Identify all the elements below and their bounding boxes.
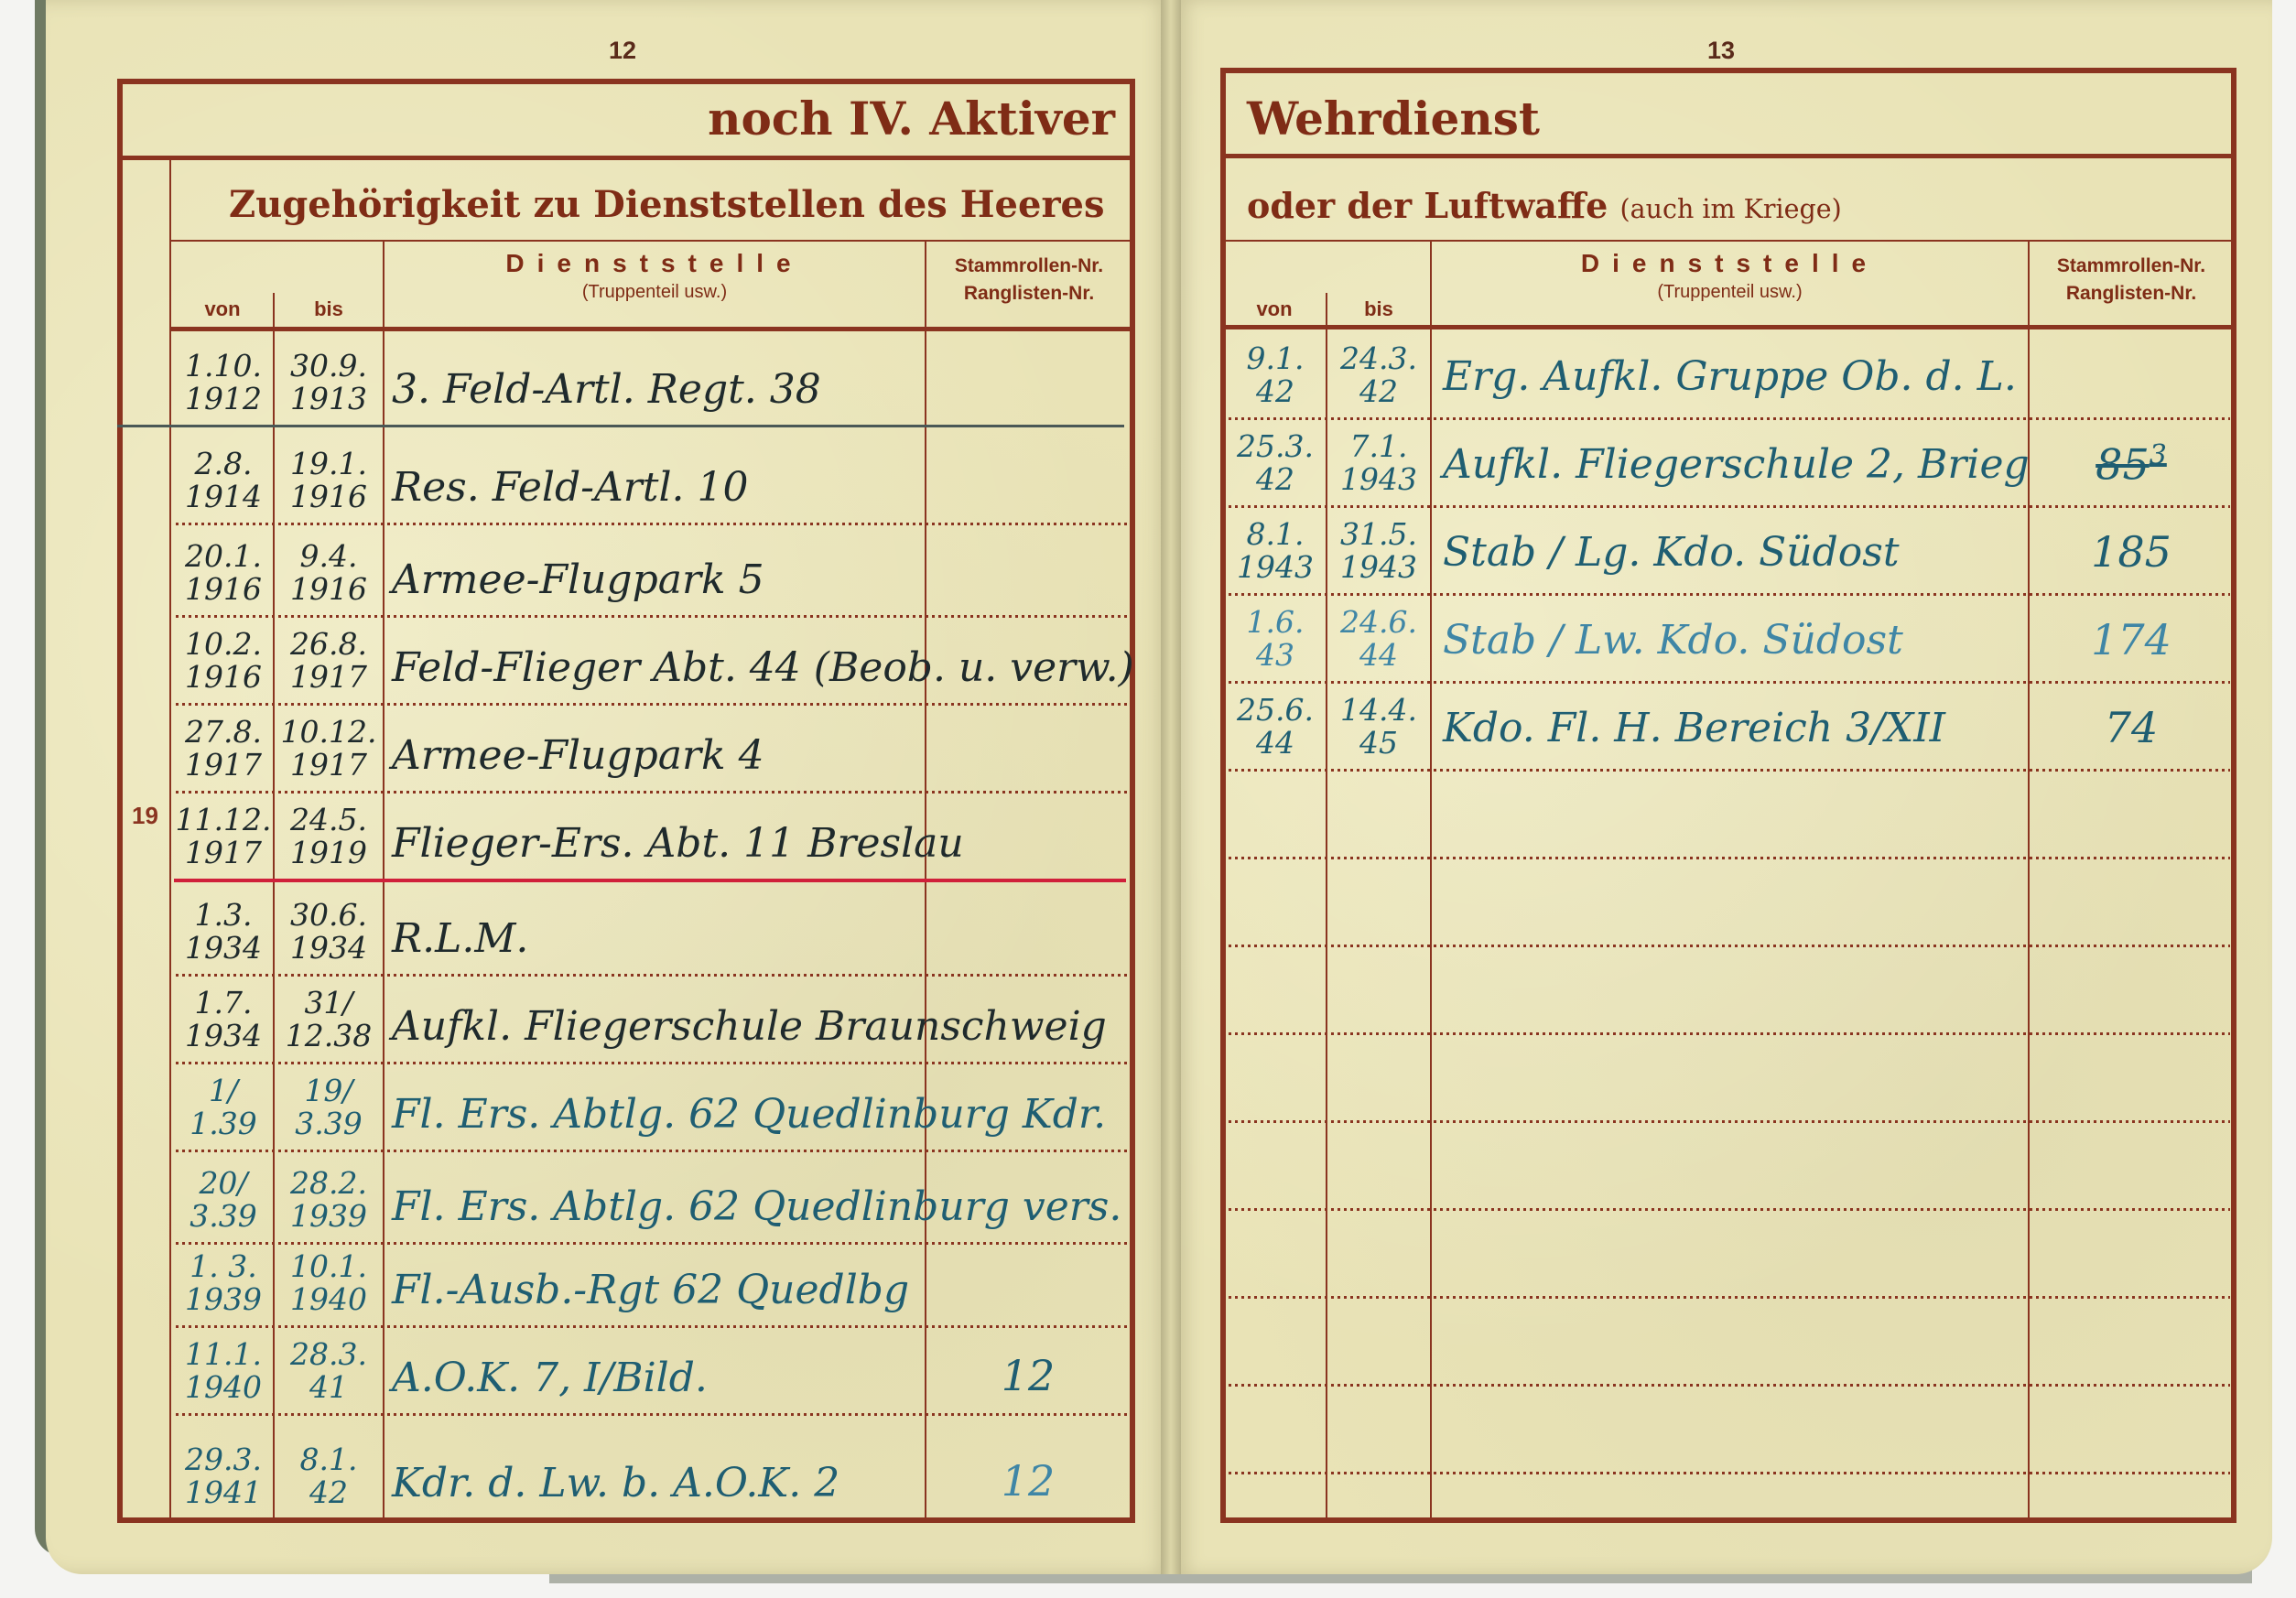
dotted-row-rule xyxy=(176,1325,1128,1328)
row-von-date: 1.7. 1934 xyxy=(174,987,273,1053)
dotted-row-rule xyxy=(176,1150,1128,1152)
row-von-date: 20.1. 1916 xyxy=(174,540,273,606)
left-col-von: von xyxy=(172,297,273,321)
row-dienststelle: Aufkl. Fliegerschule Braunschweig xyxy=(392,1003,1107,1050)
dotted-row-rule xyxy=(1229,1472,2230,1474)
row-bis-date: 7.1. 1943 xyxy=(1327,430,1430,496)
row-von-date: 25.6. 44 xyxy=(1225,694,1326,760)
dotted-row-rule xyxy=(1229,681,2230,684)
row-von-date: 11.1. 1940 xyxy=(174,1338,273,1404)
row-bis-date: 9.4. 1916 xyxy=(275,540,383,606)
dotted-row-rule xyxy=(176,1413,1128,1416)
row-bis-date: 10.1. 1940 xyxy=(275,1250,383,1316)
dotted-row-rule xyxy=(1229,1120,2230,1123)
row-von-date: 10.2. 1916 xyxy=(174,628,273,694)
row-von-date: 1.6. 43 xyxy=(1225,606,1326,672)
row-dienststelle: Aufkl. Fliegerschule 2, Brieg xyxy=(1443,441,2030,488)
left-subtitle-divider xyxy=(171,240,1132,242)
row-dienststelle: A.O.K. 7, I/Bild. xyxy=(392,1355,708,1401)
dotted-row-rule xyxy=(1229,593,2230,596)
red-rule xyxy=(174,879,1126,882)
row-dienststelle: Armee-Flugpark 5 xyxy=(392,556,764,603)
row-von-date: 20/ 3.39 xyxy=(174,1167,273,1233)
left-title-divider xyxy=(117,156,1135,160)
row-von-date: 8.1. 1943 xyxy=(1225,518,1326,584)
left-page-title: noch IV. Aktiver xyxy=(708,92,1115,146)
row-von-date: 1.3. 1934 xyxy=(174,899,273,965)
row-dienststelle: Stab / Lg. Kdo. Südost xyxy=(1443,529,1900,576)
row-stammrollen-nr: 12 xyxy=(926,1456,1130,1506)
row-stammrollen-nr: 12 xyxy=(926,1351,1130,1400)
row-bis-date: 24.3. 42 xyxy=(1327,342,1430,408)
row-von-date: 1.10. 1912 xyxy=(174,350,273,416)
row-bis-date: 19.1. 1916 xyxy=(275,448,383,513)
left-col-stammrollen: Stammrollen-Nr. Ranglisten-Nr. xyxy=(926,253,1132,308)
row-stammrollen-nr: 74 xyxy=(2030,703,2233,752)
left-header-divider xyxy=(171,327,1132,331)
left-side-column-line xyxy=(169,158,171,1520)
dotted-row-rule xyxy=(176,1242,1128,1245)
left-col-dienststelle: Dienststelle (Truppenteil usw.) xyxy=(384,249,925,303)
dotted-row-rule xyxy=(1229,1384,2230,1387)
row-von-date: 11.12. 1917 xyxy=(174,804,273,869)
right-col-stammrollen: Stammrollen-Nr. Ranglisten-Nr. xyxy=(2030,253,2233,308)
row-bis-date: 30.9. 1913 xyxy=(275,350,383,416)
row-von-date: 2.8. 1914 xyxy=(174,448,273,513)
row-dienststelle: R.L.M. xyxy=(392,915,528,962)
row-dienststelle: Flieger-Ers. Abt. 11 Breslau xyxy=(392,820,964,867)
dotted-row-rule xyxy=(1229,1032,2230,1035)
dotted-row-rule xyxy=(176,791,1128,794)
row-dienststelle: Stab / Lw. Kdo. Südost xyxy=(1443,617,1903,664)
right-page-subtitle: oder der Luftwaffe (auch im Kriege) xyxy=(1247,185,1842,226)
row-von-date: 9.1. 42 xyxy=(1225,342,1326,408)
left-col-bis: bis xyxy=(275,297,383,321)
row-von-date: 27.8. 1917 xyxy=(174,716,273,782)
row-dienststelle: Res. Feld-Artl. 10 xyxy=(392,464,749,511)
nr-correction: 3 xyxy=(2150,439,2167,471)
right-title-divider xyxy=(1220,154,2236,158)
left-side-label: 19 xyxy=(132,802,158,830)
row-bis-date: 24.5. 1919 xyxy=(275,804,383,869)
dotted-row-rule xyxy=(1229,417,2230,420)
right-col-dienststelle: Dienststelle (Truppenteil usw.) xyxy=(1432,249,2028,303)
row-dienststelle: Feld-Flieger Abt. 44 (Beob. u. verw.) xyxy=(392,644,1134,691)
left-page-subtitle: Zugehörigkeit zu Dienststellen des Heere… xyxy=(229,183,1104,226)
dotted-row-rule xyxy=(1229,1208,2230,1211)
right-col-bis: bis xyxy=(1327,297,1430,321)
book-gutter xyxy=(1161,0,1181,1574)
dotted-row-rule xyxy=(176,615,1128,618)
row-dienststelle: Kdo. Fl. H. Bereich 3/XII xyxy=(1443,705,1945,751)
row-dienststelle: Fl.-Ausb.-Rgt 62 Quedlbg xyxy=(392,1267,909,1313)
dotted-row-rule xyxy=(176,974,1128,977)
row-bis-date: 28.2. 1939 xyxy=(275,1167,383,1233)
dotted-row-rule xyxy=(1229,1296,2230,1299)
row-bis-date: 31/ 12.38 xyxy=(275,987,383,1053)
row-stammrollen-nr: 185 xyxy=(2030,527,2233,577)
row-dienststelle: Kdr. d. Lw. b. A.O.K. 2 xyxy=(392,1460,839,1506)
right-subtitle-divider xyxy=(1223,240,2234,242)
dotted-row-rule xyxy=(176,1062,1128,1064)
dotted-row-rule xyxy=(1229,505,2230,508)
row-von-date: 25.3. 42 xyxy=(1225,430,1326,496)
dotted-row-rule xyxy=(176,523,1128,525)
right-page-title: Wehrdienst xyxy=(1247,92,1540,146)
right-dienst-nr-line xyxy=(2028,242,2030,1519)
row-von-date: 1. 3. 1939 xyxy=(174,1250,273,1316)
dotted-row-rule xyxy=(1229,857,2230,859)
row-bis-date: 24.6. 44 xyxy=(1327,606,1430,672)
row-dienststelle: Fl. Ers. Abtlg. 62 Quedlinburg vers. xyxy=(392,1183,1121,1230)
row-stammrollen-nr: 174 xyxy=(2030,615,2233,664)
row-bis-date: 28.3. 41 xyxy=(275,1338,383,1404)
row-bis-date: 8.1. 42 xyxy=(275,1443,383,1509)
row-stammrollen-nr: 853 xyxy=(2030,439,2233,489)
row-bis-date: 10.12. 1917 xyxy=(275,716,383,782)
row-bis-date: 14.4. 45 xyxy=(1327,694,1430,760)
right-col-von: von xyxy=(1223,297,1326,321)
row-von-date: 1/ 1.39 xyxy=(174,1074,273,1140)
row-dienststelle: Fl. Ers. Abtlg. 62 Quedlinburg Kdr. xyxy=(392,1091,1106,1138)
dotted-row-rule xyxy=(176,703,1128,706)
row-bis-date: 19/ 3.39 xyxy=(275,1074,383,1140)
dotted-row-rule xyxy=(1229,945,2230,947)
page-number-left: 12 xyxy=(609,37,636,65)
ink-rule xyxy=(117,425,1124,427)
page-number-right: 13 xyxy=(1707,37,1735,65)
row-von-date: 29.3. 1941 xyxy=(174,1443,273,1509)
right-bis-dienst-line xyxy=(1430,242,1432,1519)
row-dienststelle: Erg. Aufkl. Gruppe Ob. d. L. xyxy=(1443,353,2017,400)
row-bis-date: 30.6. 1934 xyxy=(275,899,383,965)
row-dienststelle: 3. Feld-Artl. Regt. 38 xyxy=(392,366,821,413)
right-header-divider xyxy=(1223,325,2234,329)
row-bis-date: 26.8. 1917 xyxy=(275,628,383,694)
row-dienststelle: Armee-Flugpark 4 xyxy=(392,732,764,779)
dotted-row-rule xyxy=(1229,769,2230,772)
row-bis-date: 31.5. 1943 xyxy=(1327,518,1430,584)
